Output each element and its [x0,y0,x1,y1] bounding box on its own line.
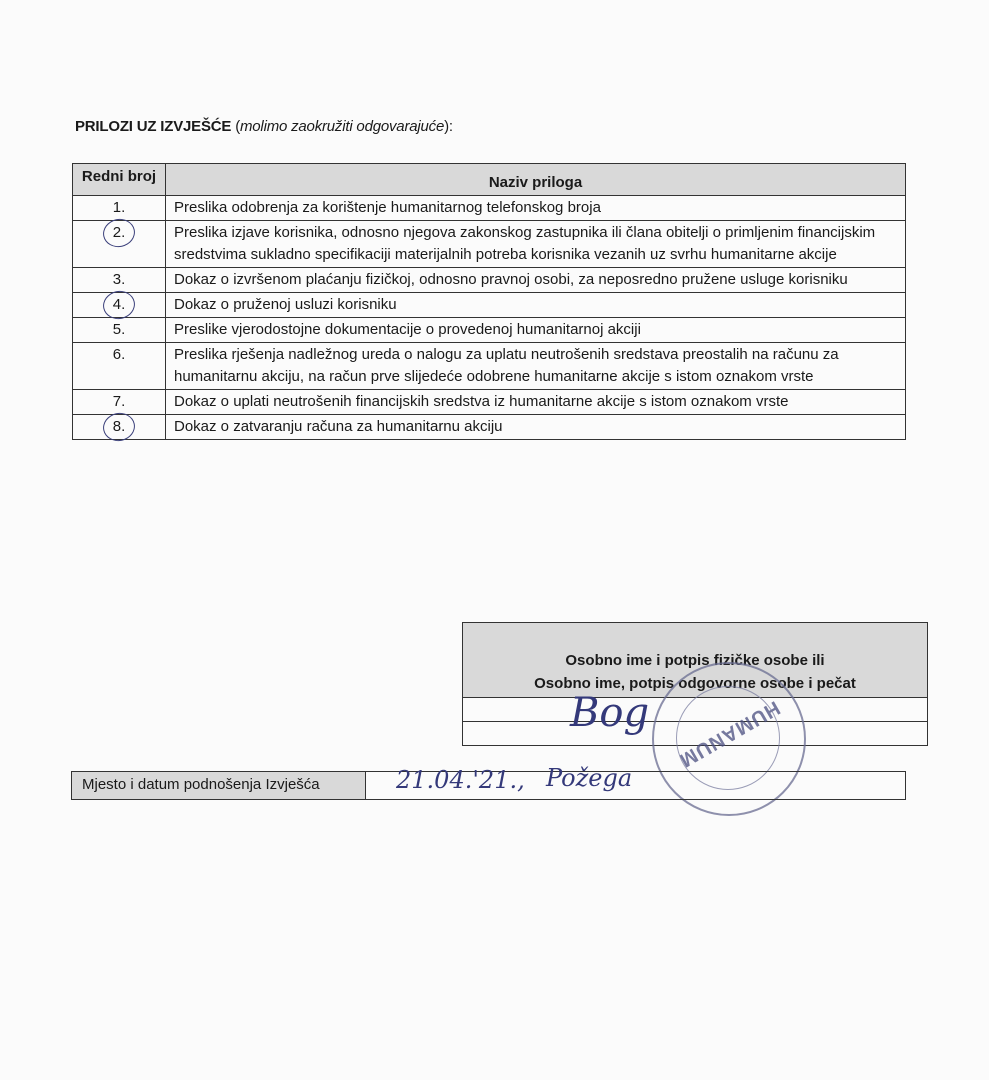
submission-label: Mjesto i datum podnošenja Izvješća [72,772,366,799]
attachments-table: Redni broj Naziv priloga 1.Preslika odob… [72,163,906,440]
attachment-name: Preslika rješenja nadležnog ureda o nalo… [166,343,906,390]
attachment-number[interactable]: 1. [73,196,166,221]
attachment-number[interactable]: 6. [73,343,166,390]
heading-paren-open: ( [231,118,240,135]
section-heading: PRILOZI UZ IZVJEŠĆE (molimo zaokružiti o… [75,118,453,135]
attachment-name: Dokaz o zatvaranju računa za humanitarnu… [166,415,906,440]
attachment-name: Preslika odobrenja za korištenje humanit… [166,196,906,221]
attachment-name: Dokaz o izvršenom plaćanju fizičkoj, odn… [166,268,906,293]
attachment-number-text: 7. [113,393,126,410]
attachment-row: 4.Dokaz o pruženoj usluzi korisniku [73,293,906,318]
attachment-number-text: 3. [113,271,126,288]
heading-paren-close: ): [444,118,453,135]
attachment-number[interactable]: 3. [73,268,166,293]
selection-circle-mark [100,216,137,250]
header-name: Naziv priloga [166,164,906,196]
submission-field[interactable]: 21.04.'21., Požega [366,772,905,799]
attachment-number[interactable]: 7. [73,390,166,415]
attachment-number[interactable]: 4. [73,293,166,318]
attachment-number-text: 1. [113,199,126,216]
selection-circle-mark [100,410,137,444]
attachment-name: Preslike vjerodostojne dokumentacije o p… [166,318,906,343]
handwritten-date: 21.04.'21., [396,766,525,794]
heading-instruction: molimo zaokružiti odgovarajuće [240,118,444,135]
attachments-body: 1.Preslika odobrenja za korištenje human… [73,196,906,440]
attachment-row: 5.Preslike vjerodostojne dokumentacije o… [73,318,906,343]
attachment-row: 7.Dokaz o uplati neutrošenih financijski… [73,390,906,415]
handwritten-place: Požega [546,764,632,792]
handwritten-signature: Bog [570,690,649,736]
attachment-number[interactable]: 8. [73,415,166,440]
attachment-number-text: 6. [113,346,126,363]
attachment-row: 8.Dokaz o zatvaranju računa za humanitar… [73,415,906,440]
attachment-name: Dokaz o pruženoj usluzi korisniku [166,293,906,318]
attachment-name: Dokaz o uplati neutrošenih financijskih … [166,390,906,415]
attachment-number[interactable]: 2. [73,221,166,268]
attachment-row: 6.Preslika rješenja nadležnog ureda o na… [73,343,906,390]
heading-bold: PRILOZI UZ IZVJEŠĆE [75,118,231,135]
attachments-header-row: Redni broj Naziv priloga [73,164,906,196]
attachment-name: Preslika izjave korisnika, odnosno njego… [166,221,906,268]
attachment-row: 2.Preslika izjave korisnika, odnosno nje… [73,221,906,268]
attachment-row: 3.Dokaz o izvršenom plaćanju fizičkoj, o… [73,268,906,293]
attachment-row: 1.Preslika odobrenja za korištenje human… [73,196,906,221]
attachment-number-text: 5. [113,321,126,338]
header-number: Redni broj [73,164,166,196]
attachment-number[interactable]: 5. [73,318,166,343]
submission-row: Mjesto i datum podnošenja Izvješća 21.04… [71,771,906,800]
